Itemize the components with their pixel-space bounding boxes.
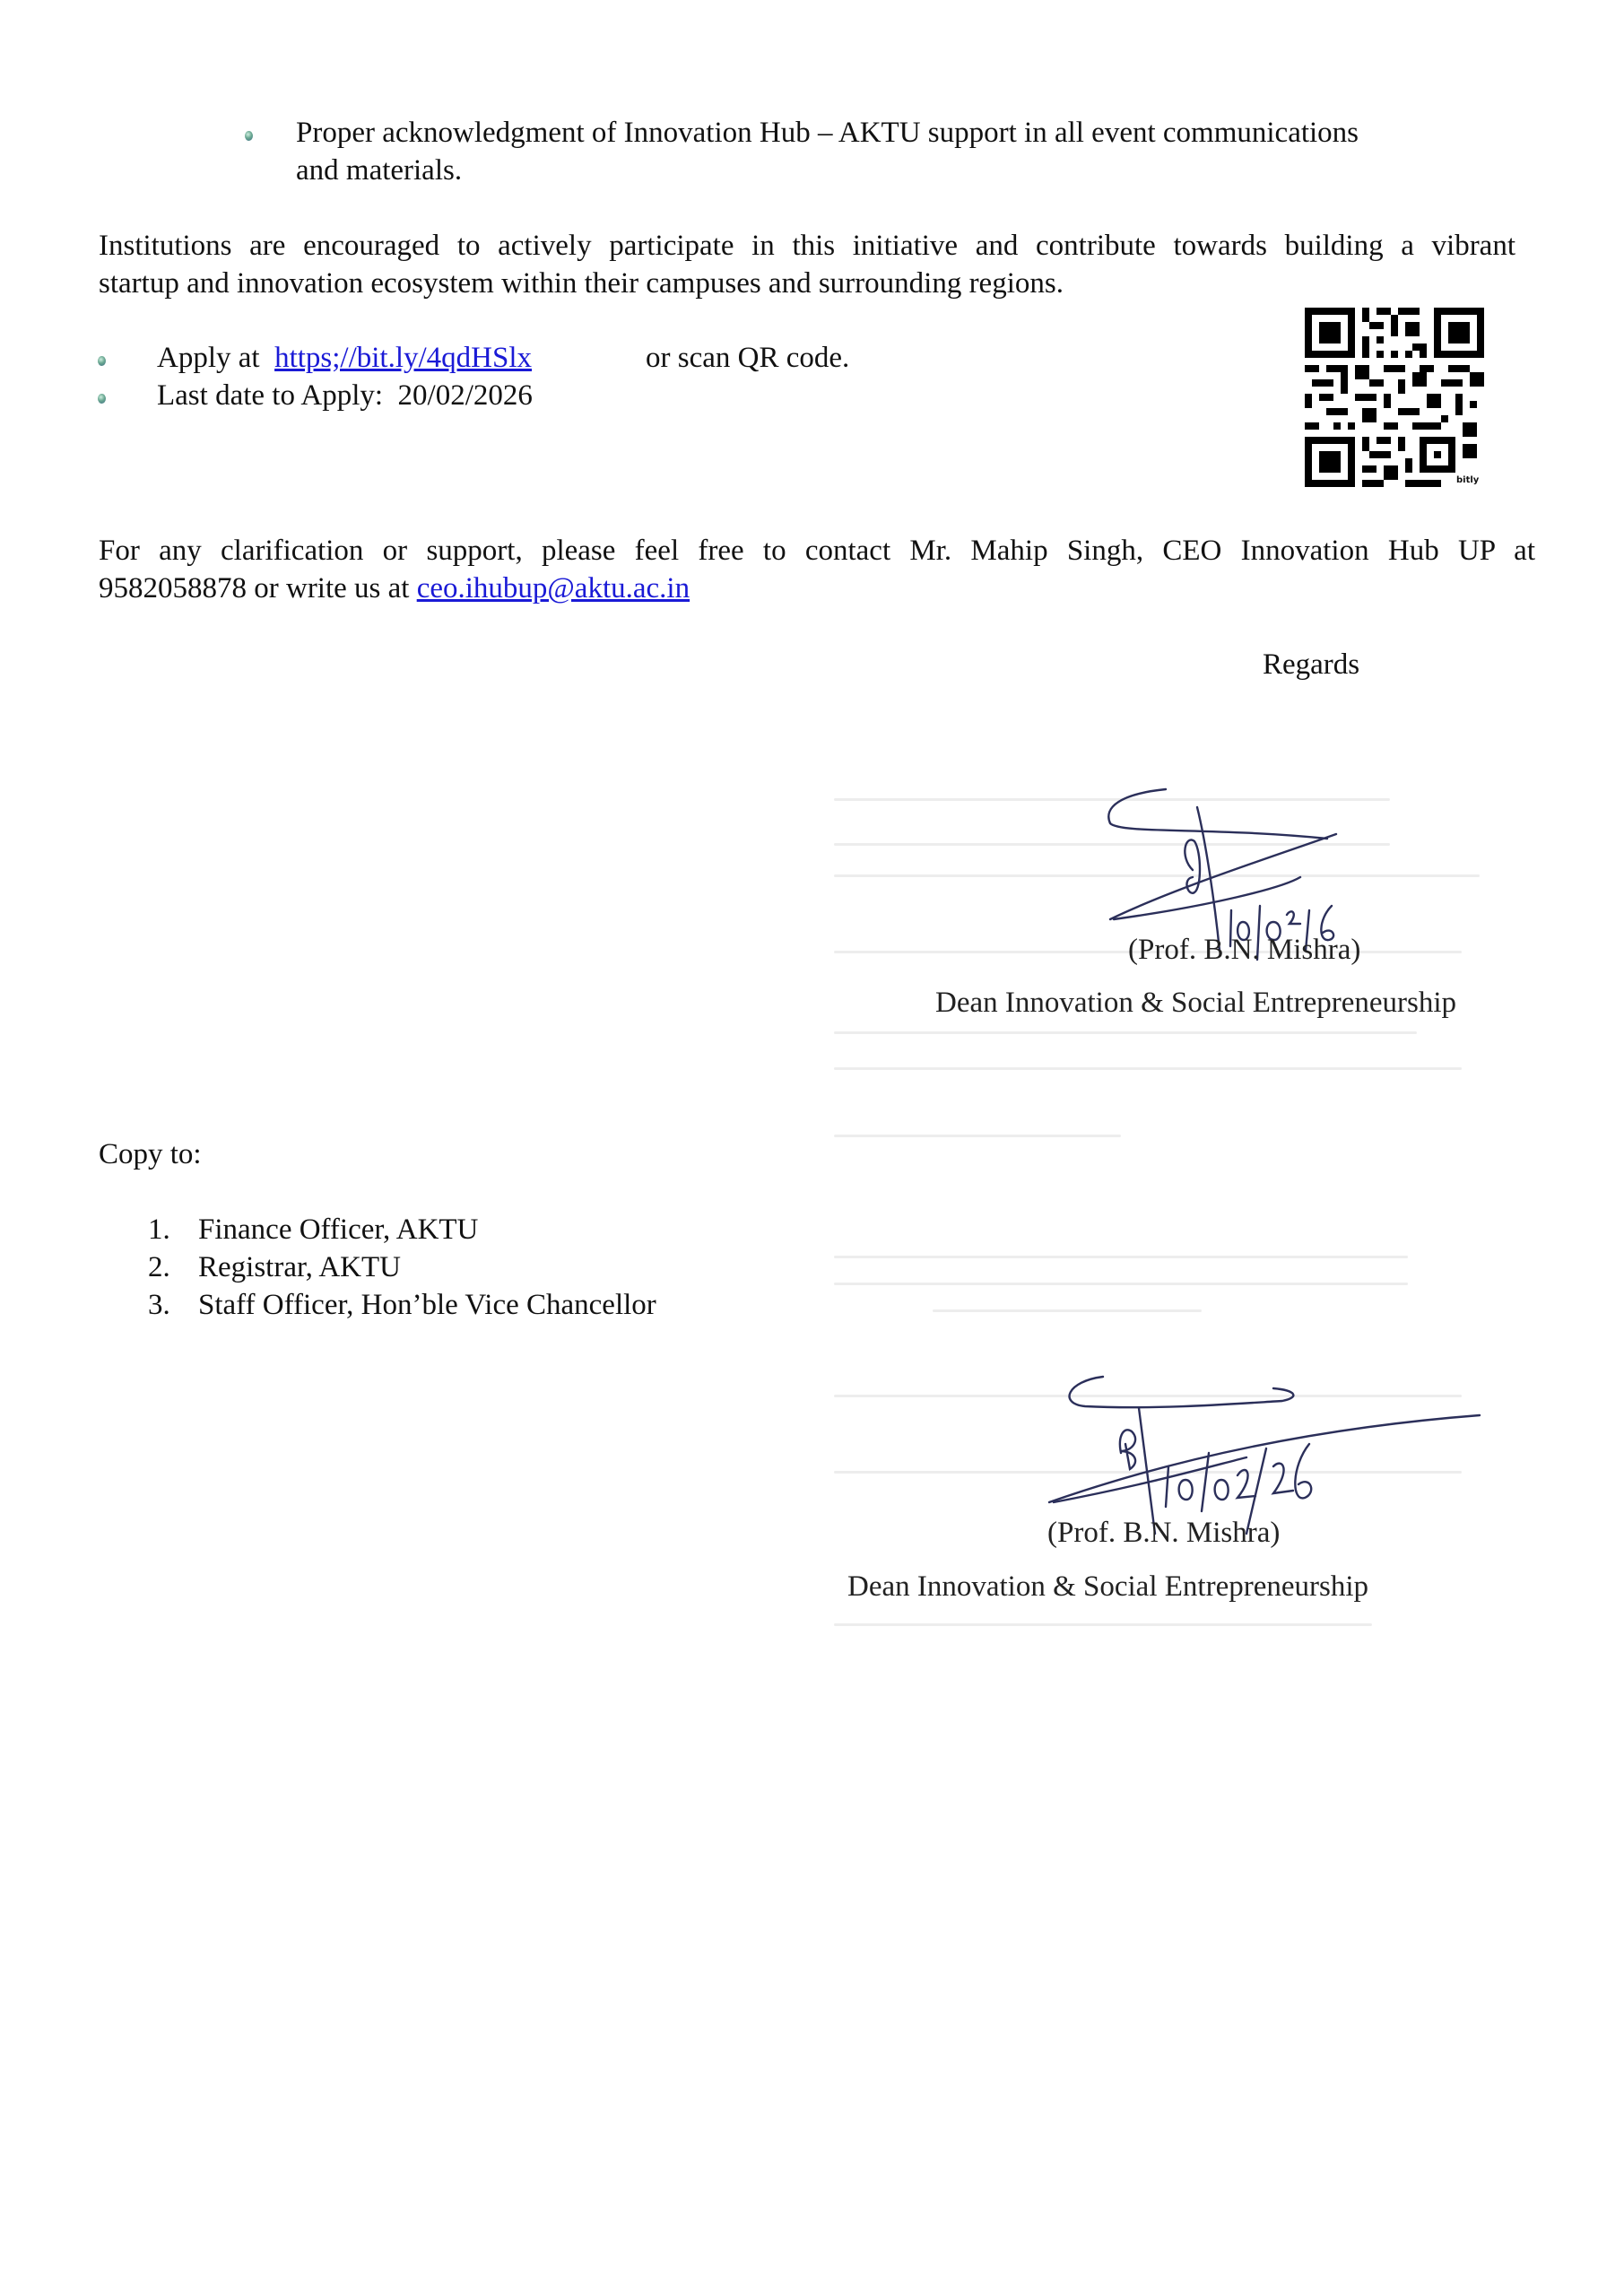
apply-prefix: Apply at	[157, 342, 260, 374]
qr-brand-label: bitly	[1456, 475, 1479, 485]
encouragement-line-2: startup and innovation ecosystem within …	[99, 265, 1064, 302]
contact-line-1: For any clarification or support, please…	[99, 532, 1535, 570]
signatory-1-designation: Dean Innovation & Social Entrepreneurshi…	[935, 984, 1456, 1022]
last-date-line: Last date to Apply: 20/02/2026	[157, 377, 533, 414]
last-date-value: 20/02/2026	[398, 379, 533, 412]
contact-phone-text: 9582058878 or write us at	[99, 572, 409, 604]
qr-code-icon[interactable]	[1305, 308, 1484, 487]
bullet-icon	[98, 356, 106, 366]
last-date-label: Last date to Apply:	[157, 379, 383, 412]
signatory-1-name: (Prof. B.N. Mishra)	[1128, 931, 1360, 969]
copy-to-num-3: 3.	[148, 1286, 170, 1324]
signatory-2-designation: Dean Innovation & Social Entrepreneurshi…	[847, 1568, 1368, 1605]
copy-to-heading: Copy to:	[99, 1135, 202, 1173]
copy-to-item-1: Finance Officer, AKTU	[198, 1211, 478, 1248]
apply-suffix: or scan QR code.	[646, 339, 849, 377]
encouragement-line-1: Institutions are encouraged to actively …	[99, 227, 1515, 265]
copy-to-num-2: 2.	[148, 1248, 170, 1286]
signatory-2-name: (Prof. B.N. Mishra)	[1047, 1514, 1280, 1552]
contact-email-link[interactable]: ceo.ihubup@aktu.ac.in	[417, 572, 690, 604]
contact-line-2: 9582058878 or write us at ceo.ihubup@akt…	[99, 570, 690, 607]
requirement-item: Proper acknowledgment of Innovation Hub …	[296, 114, 1359, 152]
copy-to-item-2: Registrar, AKTU	[198, 1248, 401, 1286]
bullet-icon	[245, 131, 253, 141]
apply-link[interactable]: https;//bit.ly/4qdHSlx	[274, 342, 532, 374]
regards: Regards	[1263, 646, 1359, 683]
requirement-item-continuation: and materials.	[296, 152, 462, 189]
apply-line: Apply at https;//bit.ly/4qdHSlx	[157, 339, 532, 377]
copy-to-item-3: Staff Officer, Hon’ble Vice Chancellor	[198, 1286, 656, 1324]
bullet-icon	[98, 394, 106, 404]
copy-to-num-1: 1.	[148, 1211, 170, 1248]
